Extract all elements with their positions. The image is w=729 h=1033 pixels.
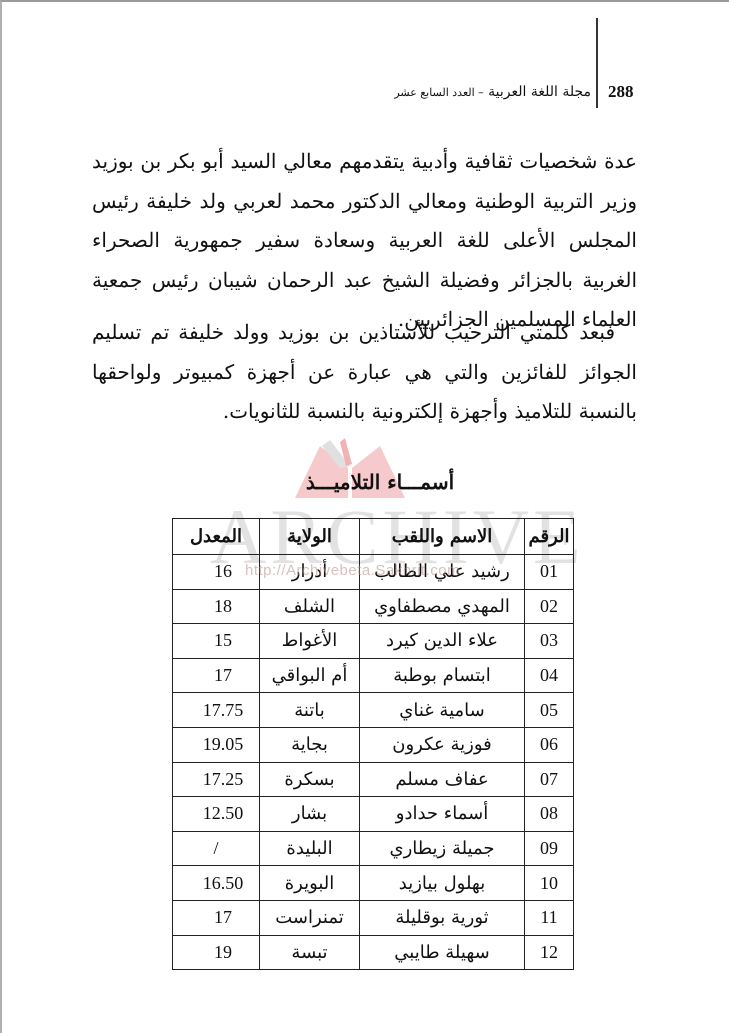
table-row: 08أسماء حدادوبشار12.50	[173, 797, 574, 832]
cell-name: ابتسام بوطبة	[360, 658, 525, 693]
cell-average: 18	[173, 589, 260, 624]
cell-average: 19.05	[173, 727, 260, 762]
cell-name: ثورية بوقليلة	[360, 900, 525, 935]
cell-wilaya: الشلف	[260, 589, 360, 624]
cell-wilaya: تمنراست	[260, 900, 360, 935]
cell-average: 12.50	[173, 797, 260, 832]
cell-number: 03	[525, 624, 574, 659]
cell-name: أسماء حدادو	[360, 797, 525, 832]
cell-average: 15	[173, 624, 260, 659]
cell-wilaya: بسكرة	[260, 762, 360, 797]
cell-name: فوزية عكرون	[360, 727, 525, 762]
cell-number: 08	[525, 797, 574, 832]
cell-name: جميلة زيطاري	[360, 831, 525, 866]
cell-average: 17.75	[173, 693, 260, 728]
paragraph-1: عدة شخصيات ثقافية وأدبية يتقدمهم معالي ا…	[92, 142, 637, 340]
cell-name: بهلول بيازيد	[360, 866, 525, 901]
table-row: 06فوزية عكرونبجاية19.05	[173, 727, 574, 762]
cell-name: علاء الدين كيرد	[360, 624, 525, 659]
cell-wilaya: الأغواط	[260, 624, 360, 659]
table-row: 07عفاف مسلمبسكرة17.25	[173, 762, 574, 797]
header-average: المعدل	[173, 519, 260, 555]
cell-wilaya: بجاية	[260, 727, 360, 762]
table-row: 09جميلة زيطاريالبليدة/	[173, 831, 574, 866]
cell-name: عفاف مسلم	[360, 762, 525, 797]
table-row: 12سهيلة طايبيتبسة19	[173, 935, 574, 970]
cell-name: سهيلة طايبي	[360, 935, 525, 970]
cell-number: 04	[525, 658, 574, 693]
header-divider	[596, 18, 598, 108]
students-table: الرقم الاسم واللقب الولاية المعدل 01رشيد…	[172, 518, 574, 970]
table-row: 11ثورية بوقليلةتمنراست17	[173, 900, 574, 935]
cell-number: 05	[525, 693, 574, 728]
issue-label: – العدد السابع عشر	[394, 86, 483, 99]
header-wilaya: الولاية	[260, 519, 360, 555]
running-head: مجلة اللغة العربية – العدد السابع عشر	[394, 84, 591, 100]
header-number: الرقم	[525, 519, 574, 555]
cell-number: 09	[525, 831, 574, 866]
cell-name: سامية غناي	[360, 693, 525, 728]
cell-average: 17	[173, 900, 260, 935]
cell-average: /	[173, 831, 260, 866]
url-watermark: http://Archivebeta.Sakhrit.com	[245, 562, 460, 579]
cell-wilaya: باتنة	[260, 693, 360, 728]
cell-wilaya: تبسة	[260, 935, 360, 970]
cell-number: 07	[525, 762, 574, 797]
cell-name: المهدي مصطفاوي	[360, 589, 525, 624]
table-title: أسمـــاء التلاميـــذ	[250, 470, 510, 494]
cell-number: 02	[525, 589, 574, 624]
page-number: 288	[608, 82, 634, 102]
journal-title: مجلة اللغة العربية	[488, 84, 591, 100]
cell-average: 17.25	[173, 762, 260, 797]
cell-number: 12	[525, 935, 574, 970]
cell-number: 06	[525, 727, 574, 762]
table-row: 04ابتسام بوطبةأم البواقي17	[173, 658, 574, 693]
cell-number: 01	[525, 555, 574, 590]
table-row: 03علاء الدين كيردالأغواط15	[173, 624, 574, 659]
header-name: الاسم واللقب	[360, 519, 525, 555]
cell-wilaya: أم البواقي	[260, 658, 360, 693]
paragraph-2: فبعد كلمتي الترحيب للأستاذين بن بوزيد وو…	[92, 313, 637, 432]
cell-average: 19	[173, 935, 260, 970]
table-row: 05سامية غنايباتنة17.75	[173, 693, 574, 728]
cell-number: 11	[525, 900, 574, 935]
table-header-row: الرقم الاسم واللقب الولاية المعدل	[173, 519, 574, 555]
cell-number: 10	[525, 866, 574, 901]
table-row: 10بهلول بيازيدالبويرة16.50	[173, 866, 574, 901]
cell-average: 16.50	[173, 866, 260, 901]
cell-average: 17	[173, 658, 260, 693]
table-row: 02المهدي مصطفاويالشلف18	[173, 589, 574, 624]
cell-wilaya: البويرة	[260, 866, 360, 901]
cell-wilaya: بشار	[260, 797, 360, 832]
cell-wilaya: البليدة	[260, 831, 360, 866]
